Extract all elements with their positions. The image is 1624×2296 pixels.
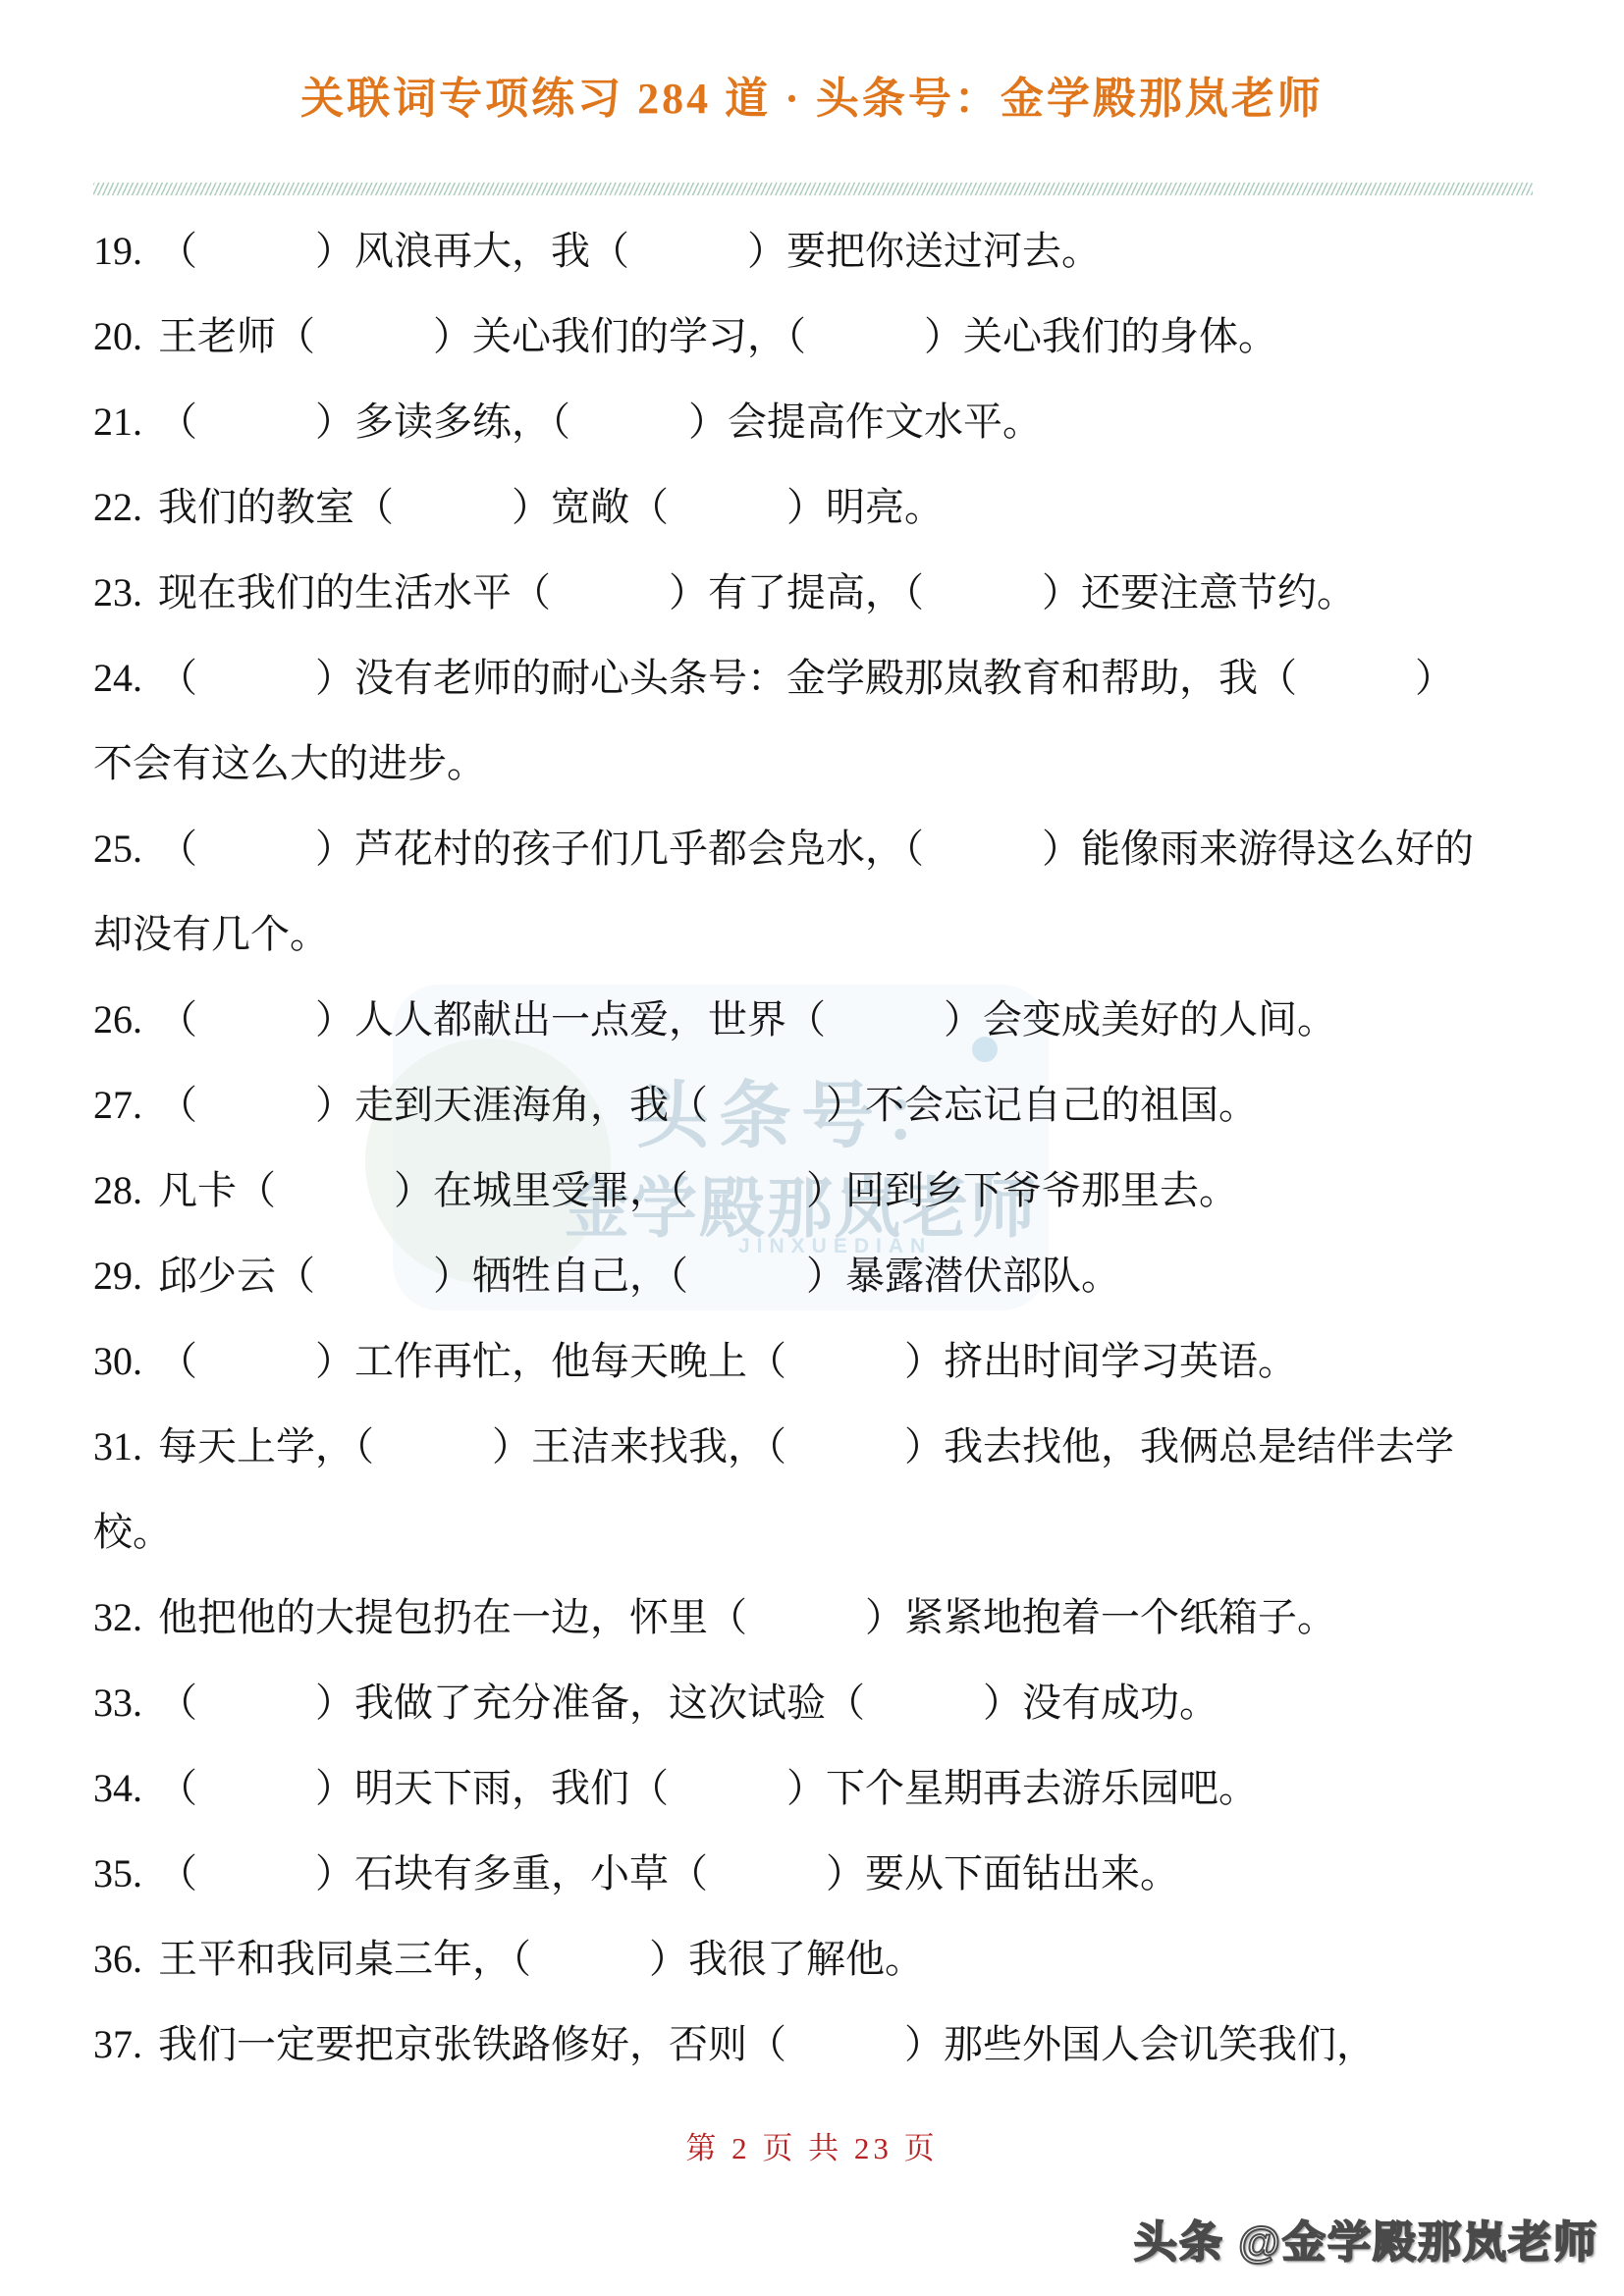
exercise-item: 37.我们一定要把京张铁路修好，否则（ ）那些外国人会讥笑我们， bbox=[93, 2002, 1478, 2087]
item-text: （ ）工作再忙，他每天晚上（ ）挤出时间学习英语。 bbox=[158, 1339, 1297, 1383]
exercise-item: 27.（ ）走到天涯海角，我（ ）不会忘记自己的祖国。 bbox=[93, 1062, 1478, 1148]
item-number: 30. bbox=[93, 1339, 142, 1383]
item-number: 20. bbox=[93, 314, 142, 358]
item-number: 22. bbox=[93, 485, 142, 529]
item-text: （ ）石块有多重，小草（ ）要从下面钻出来。 bbox=[158, 1851, 1179, 1896]
exercise-item: 33.（ ）我做了充分准备，这次试验（ ）没有成功。 bbox=[93, 1660, 1478, 1745]
exercise-item: 36.王平和我同桌三年，（ ）我很了解他。 bbox=[93, 1916, 1478, 2002]
exercise-item: 21.（ ）多读多练，（ ）会提高作文水平。 bbox=[93, 379, 1478, 464]
item-text: （ ）多读多练，（ ）会提高作文水平。 bbox=[158, 400, 1042, 444]
exercise-item: 26.（ ）人人都献出一点爱，世界（ ）会变成美好的人间。 bbox=[93, 977, 1478, 1062]
item-text: 我们的教室（ ）宽敞（ ）明亮。 bbox=[158, 485, 944, 529]
item-text: （ ）没有老师的耐心头条号：金学殿那岚教育和帮助，我（ ）不会有这么大的进步。 bbox=[93, 656, 1454, 785]
exercise-item: 25.（ ）芦花村的孩子们几乎都会凫水，（ ）能像雨来游得这么好的却没有几个。 bbox=[93, 806, 1478, 977]
page-number: 第 2 页 共 23 页 bbox=[0, 2123, 1624, 2167]
item-text: 每天上学，（ ）王洁来找我，（ ）我去找他，我俩总是结伴去学校。 bbox=[93, 1424, 1454, 1554]
toutiao-stamp: 头条 @金学殿那岚老师 bbox=[1134, 2207, 1598, 2269]
exercise-item: 31.每天上学，（ ）王洁来找我，（ ）我去找他，我俩总是结伴去学校。 bbox=[93, 1404, 1478, 1575]
exercise-item: 30.（ ）工作再忙，他每天晚上（ ）挤出时间学习英语。 bbox=[93, 1318, 1478, 1404]
item-text: 现在我们的生活水平（ ）有了提高，（ ）还要注意节约。 bbox=[158, 570, 1356, 614]
item-number: 26. bbox=[93, 997, 142, 1041]
exercise-list: 19.（ ）风浪再大，我（ ）要把你送过河去。 20.王老师（ ）关心我们的学习… bbox=[93, 208, 1478, 2087]
item-text: （ ）人人都献出一点爱，世界（ ）会变成美好的人间。 bbox=[158, 997, 1336, 1041]
worksheet-page: 关联词专项练习 284 道 · 头条号：金学殿那岚老师 头条号： 金学殿那岚老师… bbox=[0, 0, 1624, 2296]
item-number: 27. bbox=[93, 1083, 142, 1127]
exercise-item: 24.（ ）没有老师的耐心头条号：金学殿那岚教育和帮助，我（ ）不会有这么大的进… bbox=[93, 635, 1478, 806]
item-text: （ ）走到天涯海角，我（ ）不会忘记自己的祖国。 bbox=[158, 1083, 1258, 1127]
item-number: 35. bbox=[93, 1851, 142, 1896]
exercise-item: 35.（ ）石块有多重，小草（ ）要从下面钻出来。 bbox=[93, 1831, 1478, 1916]
item-number: 37. bbox=[93, 2022, 142, 2066]
exercise-item: 20.王老师（ ）关心我们的学习，（ ）关心我们的身体。 bbox=[93, 294, 1478, 379]
exercise-item: 32.他把他的大提包扔在一边，怀里（ ）紧紧地抱着一个纸箱子。 bbox=[93, 1575, 1478, 1660]
item-text: 邱少云（ ）牺牲自己，（ ）暴露潜伏部队。 bbox=[158, 1254, 1120, 1298]
item-text: （ ）我做了充分准备，这次试验（ ）没有成功。 bbox=[158, 1681, 1218, 1725]
exercise-item: 34.（ ）明天下雨，我们（ ）下个星期再去游乐园吧。 bbox=[93, 1745, 1478, 1831]
item-number: 31. bbox=[93, 1424, 142, 1468]
item-text: 王老师（ ）关心我们的学习，（ ）关心我们的身体。 bbox=[158, 314, 1277, 358]
item-number: 28. bbox=[93, 1168, 142, 1212]
exercise-item: 28.凡卡（ ）在城里受罪，（ ）回到乡下爷爷那里去。 bbox=[93, 1148, 1478, 1233]
item-text: 他把他的大提包扔在一边，怀里（ ）紧紧地抱着一个纸箱子。 bbox=[158, 1595, 1336, 1639]
exercise-item: 19.（ ）风浪再大，我（ ）要把你送过河去。 bbox=[93, 208, 1478, 294]
exercise-item: 23.现在我们的生活水平（ ）有了提高，（ ）还要注意节约。 bbox=[93, 550, 1478, 635]
item-number: 34. bbox=[93, 1766, 142, 1810]
exercise-item: 29.邱少云（ ）牺牲自己，（ ）暴露潜伏部队。 bbox=[93, 1233, 1478, 1318]
item-number: 25. bbox=[93, 827, 142, 871]
item-number: 32. bbox=[93, 1595, 142, 1639]
item-text: 凡卡（ ）在城里受罪，（ ）回到乡下爷爷那里去。 bbox=[158, 1168, 1238, 1212]
item-text: （ ）风浪再大，我（ ）要把你送过河去。 bbox=[158, 229, 1101, 273]
exercise-item: 22.我们的教室（ ）宽敞（ ）明亮。 bbox=[93, 464, 1478, 550]
item-number: 23. bbox=[93, 570, 142, 614]
item-number: 33. bbox=[93, 1681, 142, 1725]
item-text: 我们一定要把京张铁路修好，否则（ ）那些外国人会讥笑我们， bbox=[158, 2022, 1376, 2066]
item-number: 24. bbox=[93, 656, 142, 700]
item-number: 19. bbox=[93, 229, 142, 273]
item-text: （ ）明天下雨，我们（ ）下个星期再去游乐园吧。 bbox=[158, 1766, 1258, 1810]
item-number: 36. bbox=[93, 1937, 142, 1981]
item-text: 王平和我同桌三年，（ ）我很了解他。 bbox=[158, 1937, 924, 1981]
item-text: （ ）芦花村的孩子们几乎都会凫水，（ ）能像雨来游得这么好的却没有几个。 bbox=[93, 827, 1474, 956]
item-number: 29. bbox=[93, 1254, 142, 1298]
item-number: 21. bbox=[93, 400, 142, 444]
